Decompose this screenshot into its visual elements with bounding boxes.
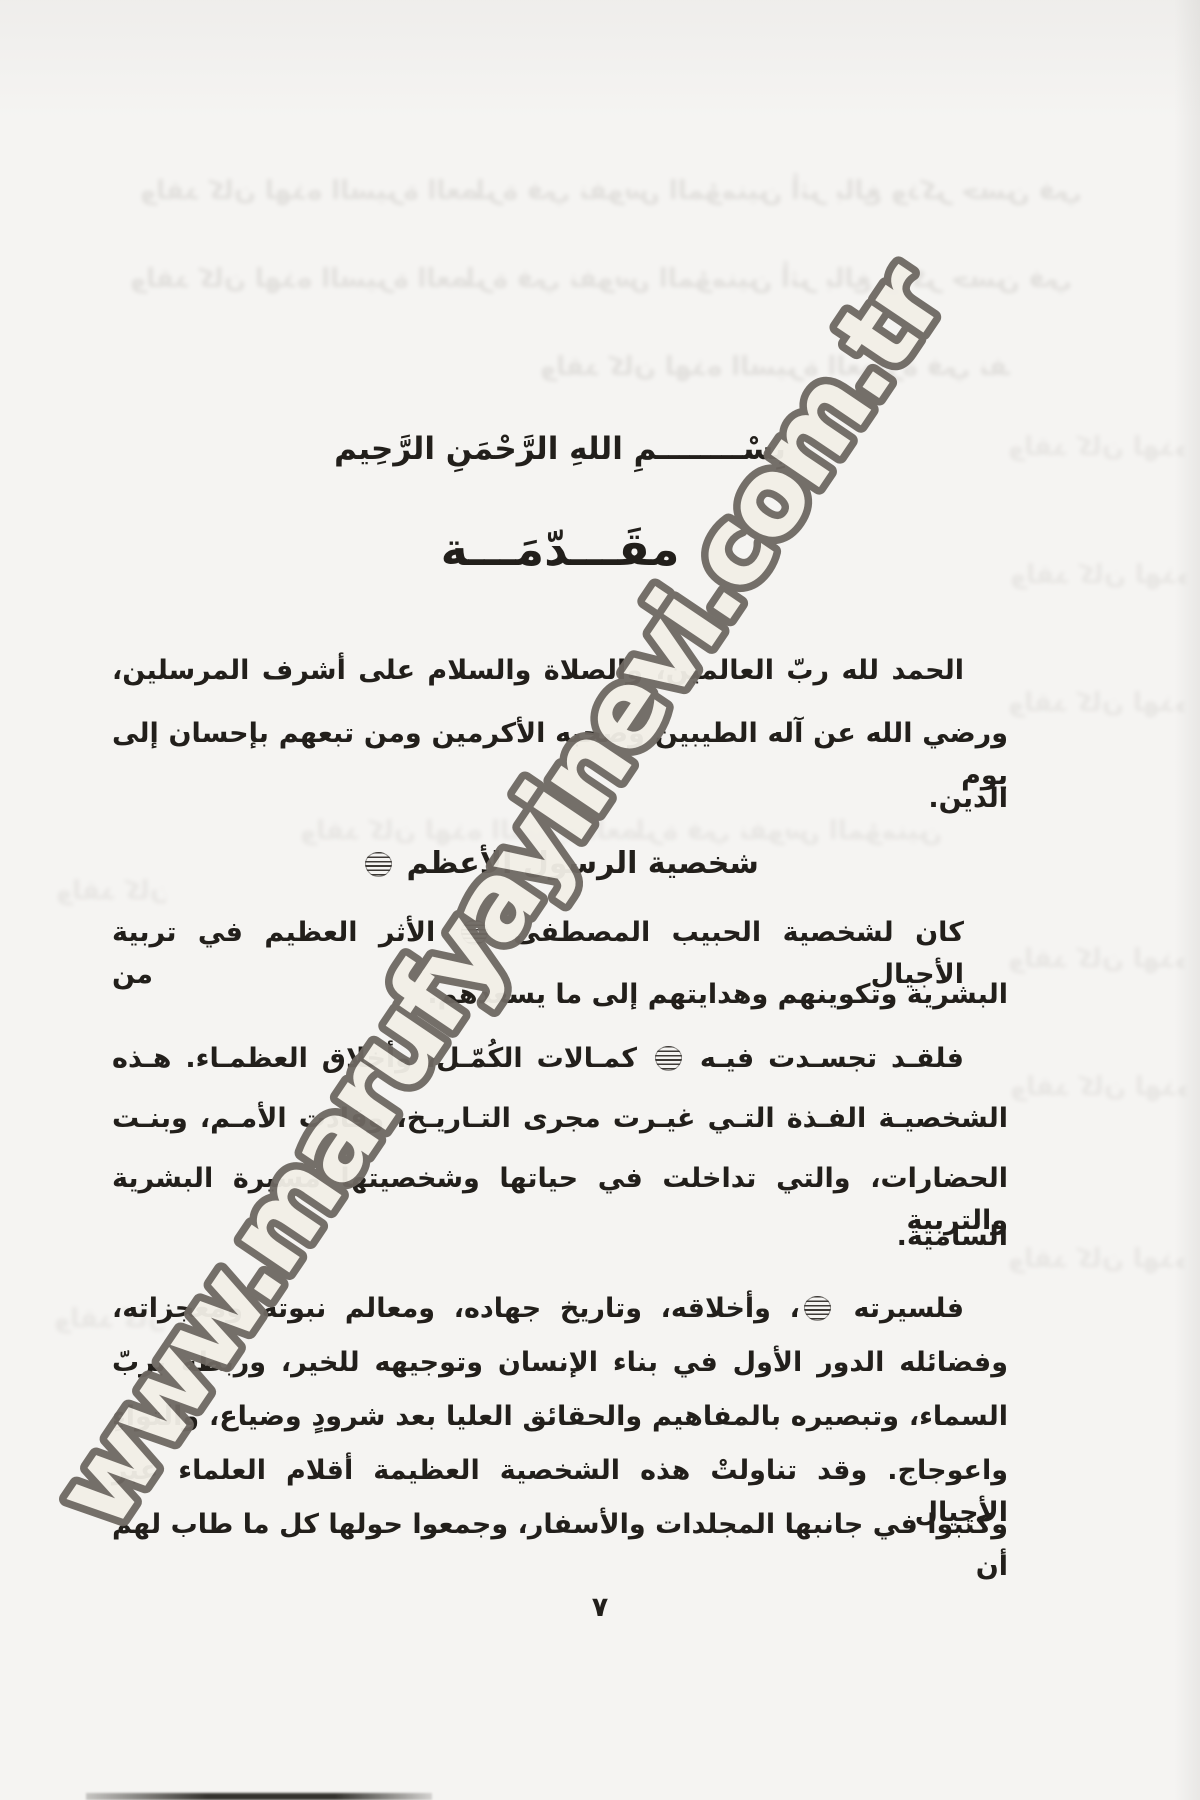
section-heading: شخصية الرسول الأعظم <box>112 842 1008 886</box>
ghost-bleed-line: ولقد كان لهذه السيرة العطرة في نفوس المؤ… <box>140 172 1080 210</box>
page-number: ٧ <box>0 1592 1200 1623</box>
paragraph-line: وكتبوا في جانبها المجلدات والأسفار، وجمع… <box>112 1504 1008 1588</box>
paragraph-line: السماء، وتبصيره بالمفاهيم والحقائق العلي… <box>112 1396 1008 1438</box>
paragraph-line: الدين. <box>112 778 1008 820</box>
ghost-bleed-line: ولقد كان لهذه السيرة العطرة في نفوس المؤ… <box>130 260 1080 298</box>
paragraph-line: الشخصيـة الفـذة التـي غيـرت مجرى التـاري… <box>112 1098 1008 1140</box>
sallallahu-icon <box>655 1046 682 1071</box>
paragraph-line: فلقـد تجسـدت فيـه كمـالات الكُمّـل، وأخل… <box>112 1038 1008 1080</box>
paragraph-line: البشرية وتكوينهم وهدايتهم إلى ما يسعدهم. <box>112 974 1008 1016</box>
sallallahu-icon <box>461 920 488 945</box>
scan-bottom-strip <box>86 1793 432 1800</box>
basmala-calligraphy: بِسْــــــــمِ اللهِ الرَّحْمَنِ الرَّحِ… <box>112 412 1008 486</box>
ghost-bleed-line: ولقد كان لهذه السيرة العطرة في نفوس المؤ… <box>1008 428 1184 466</box>
paragraph-line: الحمد لله ربّ العالمين، والصلاة والسلام … <box>112 650 1008 692</box>
paragraph-line: فلسيرته ، وأخلاقه، وتاريخ جهاده، ومعالم … <box>112 1288 1008 1330</box>
scan-edge-shadow <box>1174 0 1200 1800</box>
sallallahu-icon <box>804 1296 831 1321</box>
ghost-bleed-line: ولقد كان لهذه السيرة العطرة في نفوس المؤ… <box>1010 556 1186 594</box>
ghost-bleed-line: ولقد كان لهذه السيرة العطرة في نفوس المؤ… <box>1008 1240 1184 1278</box>
page-title: مقَـــدّمَـــة <box>112 518 1008 580</box>
paragraph-line: السامية. <box>112 1216 1008 1258</box>
paragraph-line: وفضائله الدور الأول في بناء الإنسان وتوج… <box>112 1342 1008 1384</box>
ghost-bleed-line: ولقد كان لهذه السيرة العطرة في نفوس المؤ… <box>1008 684 1184 722</box>
scanned-book-page: ولقد كان لهذه السيرة العطرة في نفوس المؤ… <box>0 0 1200 1800</box>
ghost-bleed-line: ولقد كان لهذه السيرة العطرة في نفوس المؤ… <box>540 348 1010 386</box>
scan-edge-shadow <box>0 0 1200 120</box>
sallallahu-icon <box>365 852 392 877</box>
ghost-bleed-line: ولقد كان لهذه السيرة العطرة في نفوس المؤ… <box>1008 940 1184 978</box>
ghost-bleed-line: ولقد كان لهذه السيرة العطرة في نفوس المؤ… <box>1010 1068 1186 1106</box>
